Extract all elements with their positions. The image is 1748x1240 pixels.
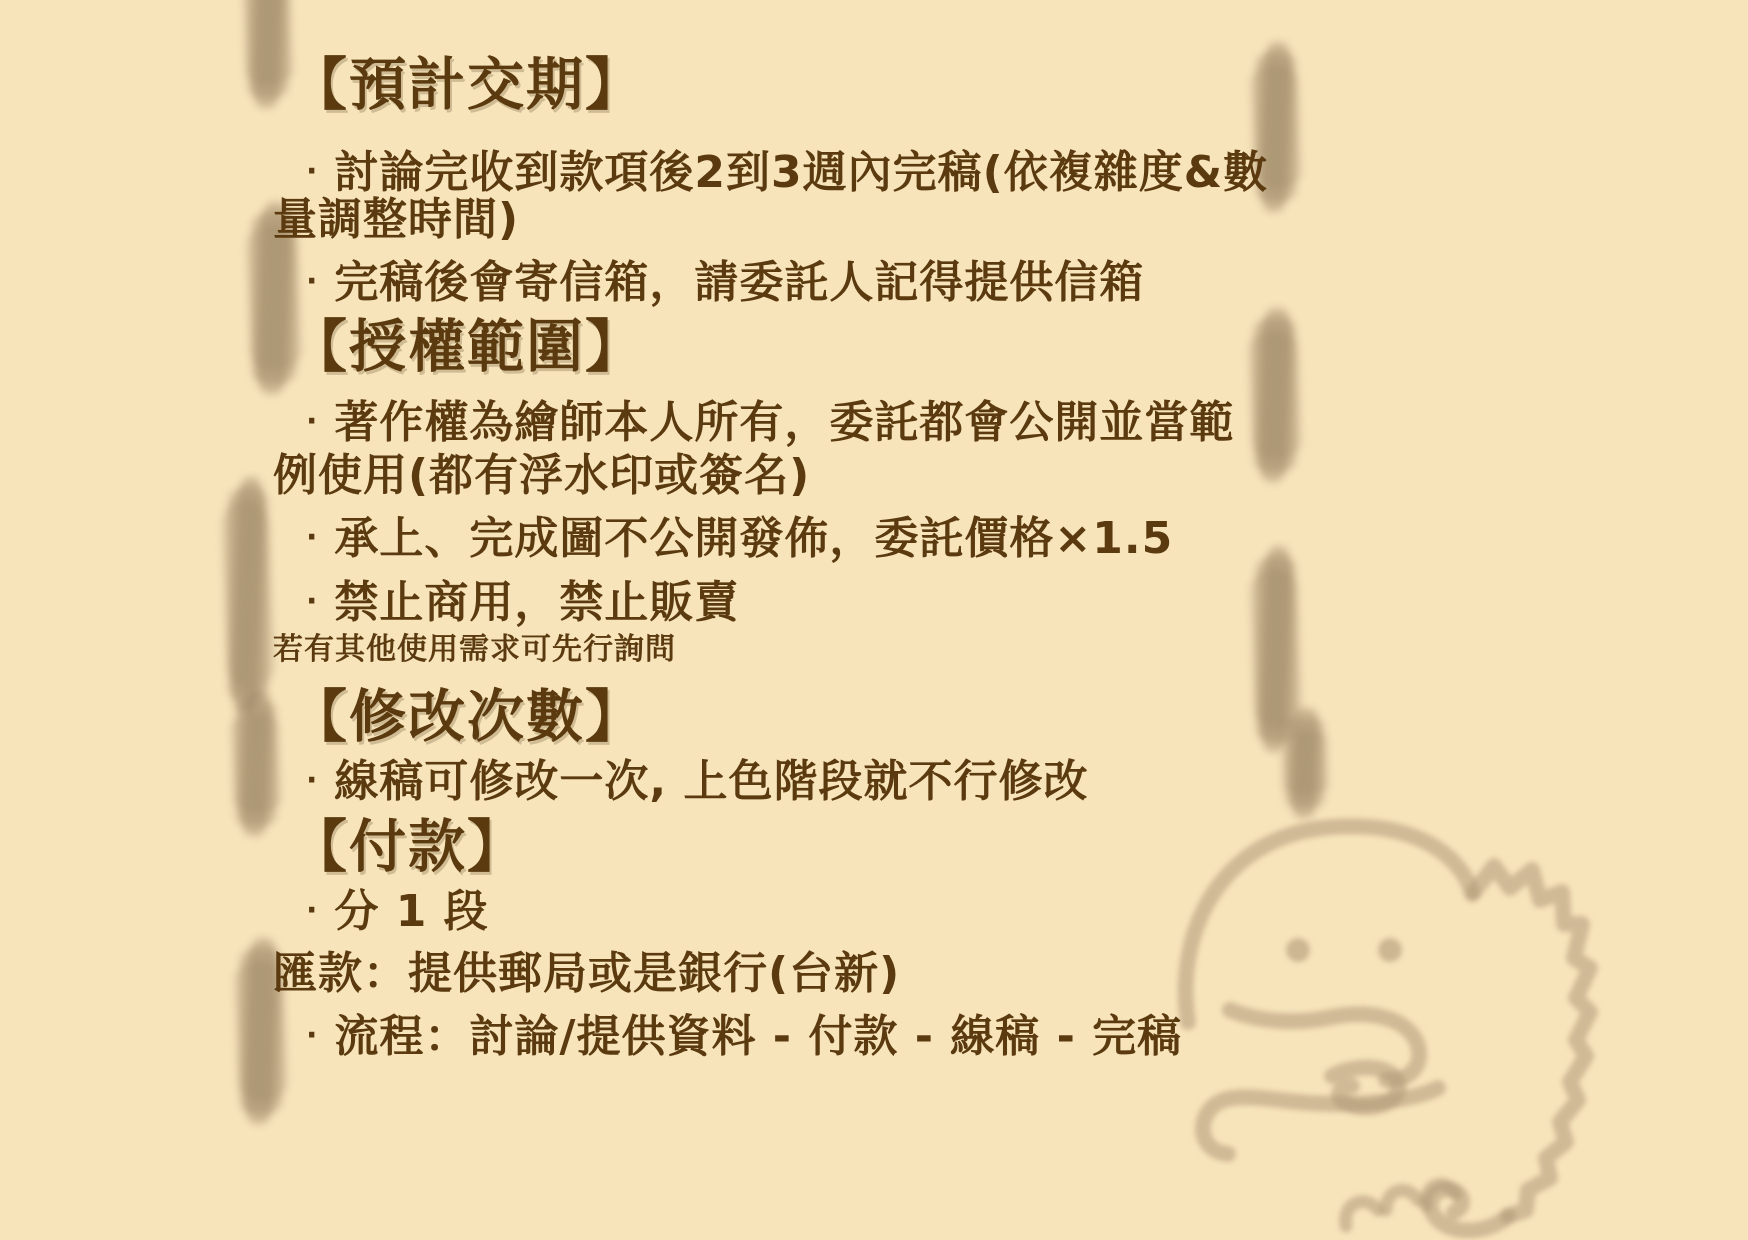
bullet-dot: · xyxy=(306,586,318,618)
term-text: 討論完收到款項後2到3週內完稿(依複雜度&數 xyxy=(334,147,1268,198)
commission-terms-page: 【預計交期】 ·討論完收到款項後2到3週內完稿(依複雜度&數 量調整時間) ·完… xyxy=(0,0,1748,1240)
term-text: 流程：討論/提供資料 - 付款 - 線稿 - 完稿 xyxy=(334,1011,1182,1062)
bullet-dot: · xyxy=(306,406,318,438)
section-heading: 【修改次數】 xyxy=(290,688,644,748)
term-text: 著作權為繪師本人所有，委託都會公開並當範 xyxy=(334,397,1234,448)
bullet-dot: · xyxy=(306,1020,318,1052)
term-text: 例使用(都有浮水印或簽名) xyxy=(273,450,810,501)
brush-texture xyxy=(228,487,268,703)
term-text: 分 1 段 xyxy=(334,886,488,937)
term-line: ·分 1 段 xyxy=(306,889,489,935)
term-text: 線稿可修改一次, 上色階段就不行修改 xyxy=(334,756,1088,807)
term-line: ·承上、完成圖不公開發佈，委託價格×1.5 xyxy=(306,516,1173,562)
brush-texture xyxy=(236,700,276,826)
bullet-dot: · xyxy=(306,156,318,188)
bullet-dot: · xyxy=(306,266,318,298)
term-line: ·著作權為繪師本人所有，委託都會公開並當範 xyxy=(306,400,1234,446)
section-heading: 【付款】 xyxy=(290,818,526,878)
term-text: 量調整時間) xyxy=(273,194,519,245)
bullet-dot: · xyxy=(306,765,318,797)
section-heading: 【授權範圍】 xyxy=(290,318,644,378)
term-line-wrap: 量調整時間) xyxy=(273,197,519,243)
brush-texture xyxy=(248,0,288,98)
section-heading: 【預計交期】 xyxy=(290,56,644,116)
term-line: ·討論完收到款項後2到3週內完稿(依複雜度&數 xyxy=(306,150,1268,196)
term-text: 禁止商用，禁止販賣 xyxy=(334,577,739,628)
brush-texture xyxy=(1254,318,1296,472)
brush-texture xyxy=(1256,556,1296,742)
bullet-dot: · xyxy=(306,522,318,554)
term-line-wrap: 匯款：提供郵局或是銀行(台新) xyxy=(273,951,900,997)
term-line: ·禁止商用，禁止販賣 xyxy=(306,580,739,626)
term-line: ·線稿可修改一次, 上色階段就不行修改 xyxy=(306,759,1088,805)
term-text: 若有其他使用需求可先行詢問 xyxy=(273,632,676,667)
term-text: 完稿後會寄信箱，請委託人記得提供信箱 xyxy=(334,257,1144,308)
term-line: ·流程：討論/提供資料 - 付款 - 線稿 - 完稿 xyxy=(306,1014,1182,1060)
term-line-wrap: 例使用(都有浮水印或簽名) xyxy=(273,453,810,499)
term-text: 承上、完成圖不公開發佈，委託價格×1.5 xyxy=(334,513,1173,564)
bullet-dot: · xyxy=(306,895,318,927)
term-line: ·完稿後會寄信箱，請委託人記得提供信箱 xyxy=(306,260,1144,306)
term-note: 若有其他使用需求可先行詢問 xyxy=(273,634,676,666)
term-text: 匯款：提供郵局或是銀行(台新) xyxy=(273,948,900,999)
mascot-doodle-icon xyxy=(1080,760,1640,1240)
